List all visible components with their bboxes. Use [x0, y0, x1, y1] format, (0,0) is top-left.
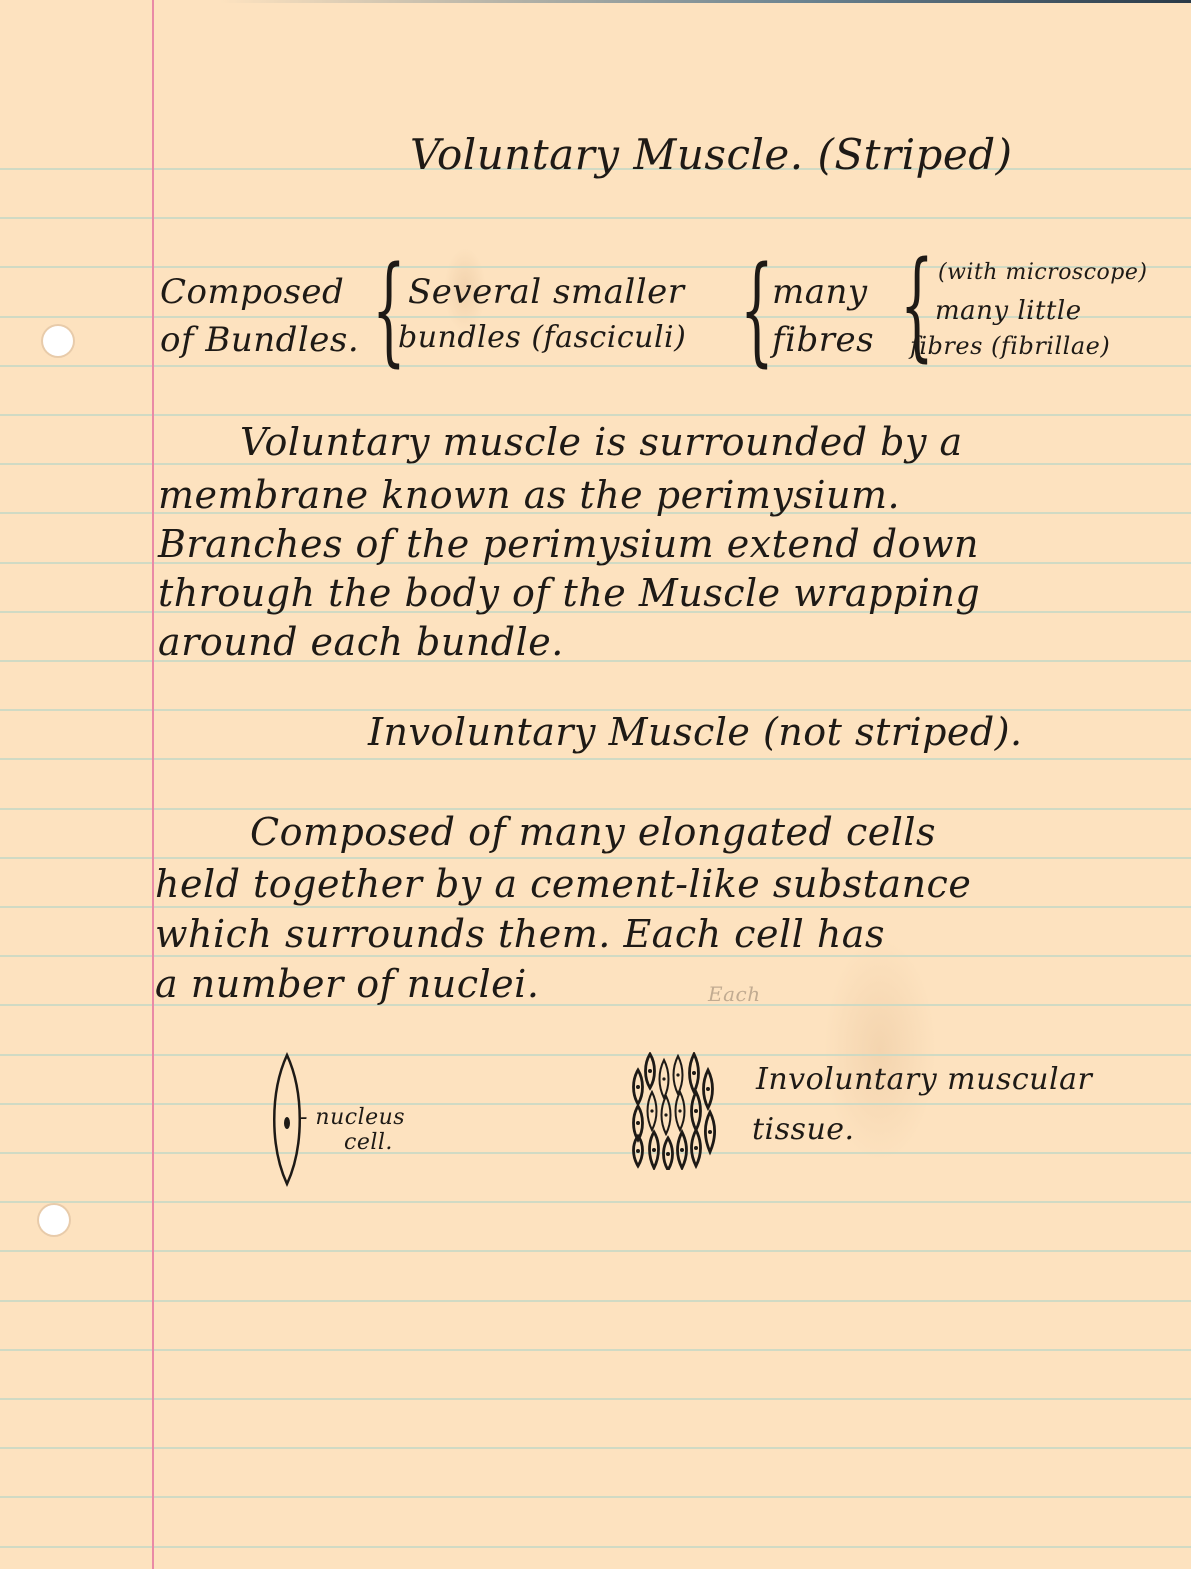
section-title-voluntary: Voluntary Muscle. (Striped)	[410, 130, 1013, 179]
punch-hole-top	[43, 326, 73, 356]
rule-line	[0, 758, 1191, 760]
rule-line	[0, 1300, 1191, 1302]
paragraph-line: Composed of many elongated cells	[250, 810, 936, 854]
paragraph-line: around each bundle.	[158, 620, 564, 664]
rule-line	[0, 365, 1191, 367]
page-top-edge	[220, 0, 1191, 3]
faint-struck-word: Each	[708, 982, 761, 1006]
rule-line	[0, 1250, 1191, 1252]
rule-line	[0, 1103, 1191, 1105]
paragraph-line: Branches of the perimysium extend down	[158, 522, 979, 566]
paragraph-line: a number of nuclei.	[155, 962, 539, 1006]
muscle-tissue-icon	[628, 1052, 720, 1170]
rule-line	[0, 414, 1191, 416]
rule-line	[0, 1152, 1191, 1154]
paragraph-line: through the body of the Muscle wrapping	[158, 571, 980, 615]
class-col4-line2: many little	[935, 296, 1082, 326]
rule-line	[0, 1546, 1191, 1548]
label-tissue: tissue.	[752, 1112, 855, 1147]
class-col1-line2: of Bundles.	[160, 320, 359, 360]
punch-hole-bottom	[39, 1205, 69, 1235]
rule-line	[0, 857, 1191, 859]
paragraph-line: membrane known as the perimysium.	[158, 473, 900, 517]
label-cell: cell.	[344, 1130, 393, 1155]
margin-line	[152, 0, 154, 1569]
class-col1-line1: Composed	[160, 272, 344, 312]
rule-line	[0, 1054, 1191, 1056]
rule-line	[0, 1349, 1191, 1351]
class-col2-line1: Several smaller	[408, 272, 685, 312]
rule-line	[0, 1447, 1191, 1449]
rule-line	[0, 217, 1191, 219]
paragraph-line: held together by a cement-like substance	[155, 862, 971, 906]
rule-line	[0, 906, 1191, 908]
label-involuntary-muscular: Involuntary muscular	[756, 1062, 1092, 1097]
label-nucleus: - nucleus	[300, 1105, 405, 1130]
section-title-involuntary: Involuntary Muscle (not striped).	[368, 710, 1023, 754]
class-col3-line1: many	[772, 272, 868, 312]
rule-line	[0, 1496, 1191, 1498]
rule-line	[0, 1398, 1191, 1400]
class-col2-line2: bundles (fasciculi)	[398, 320, 686, 355]
class-col4-line3: fibres (fibrillae)	[910, 332, 1110, 360]
brace-2: {	[740, 250, 774, 368]
notebook-page: Voluntary Muscle. (Striped) Composed of …	[0, 0, 1191, 1569]
class-col4-line1: (with microscope)	[938, 260, 1147, 285]
class-col3-line2: fibres	[772, 320, 874, 360]
rule-line	[0, 1201, 1191, 1203]
paragraph-line: Voluntary muscle is surrounded by a	[240, 420, 963, 464]
paragraph-line: which surrounds them. Each cell has	[155, 912, 885, 956]
